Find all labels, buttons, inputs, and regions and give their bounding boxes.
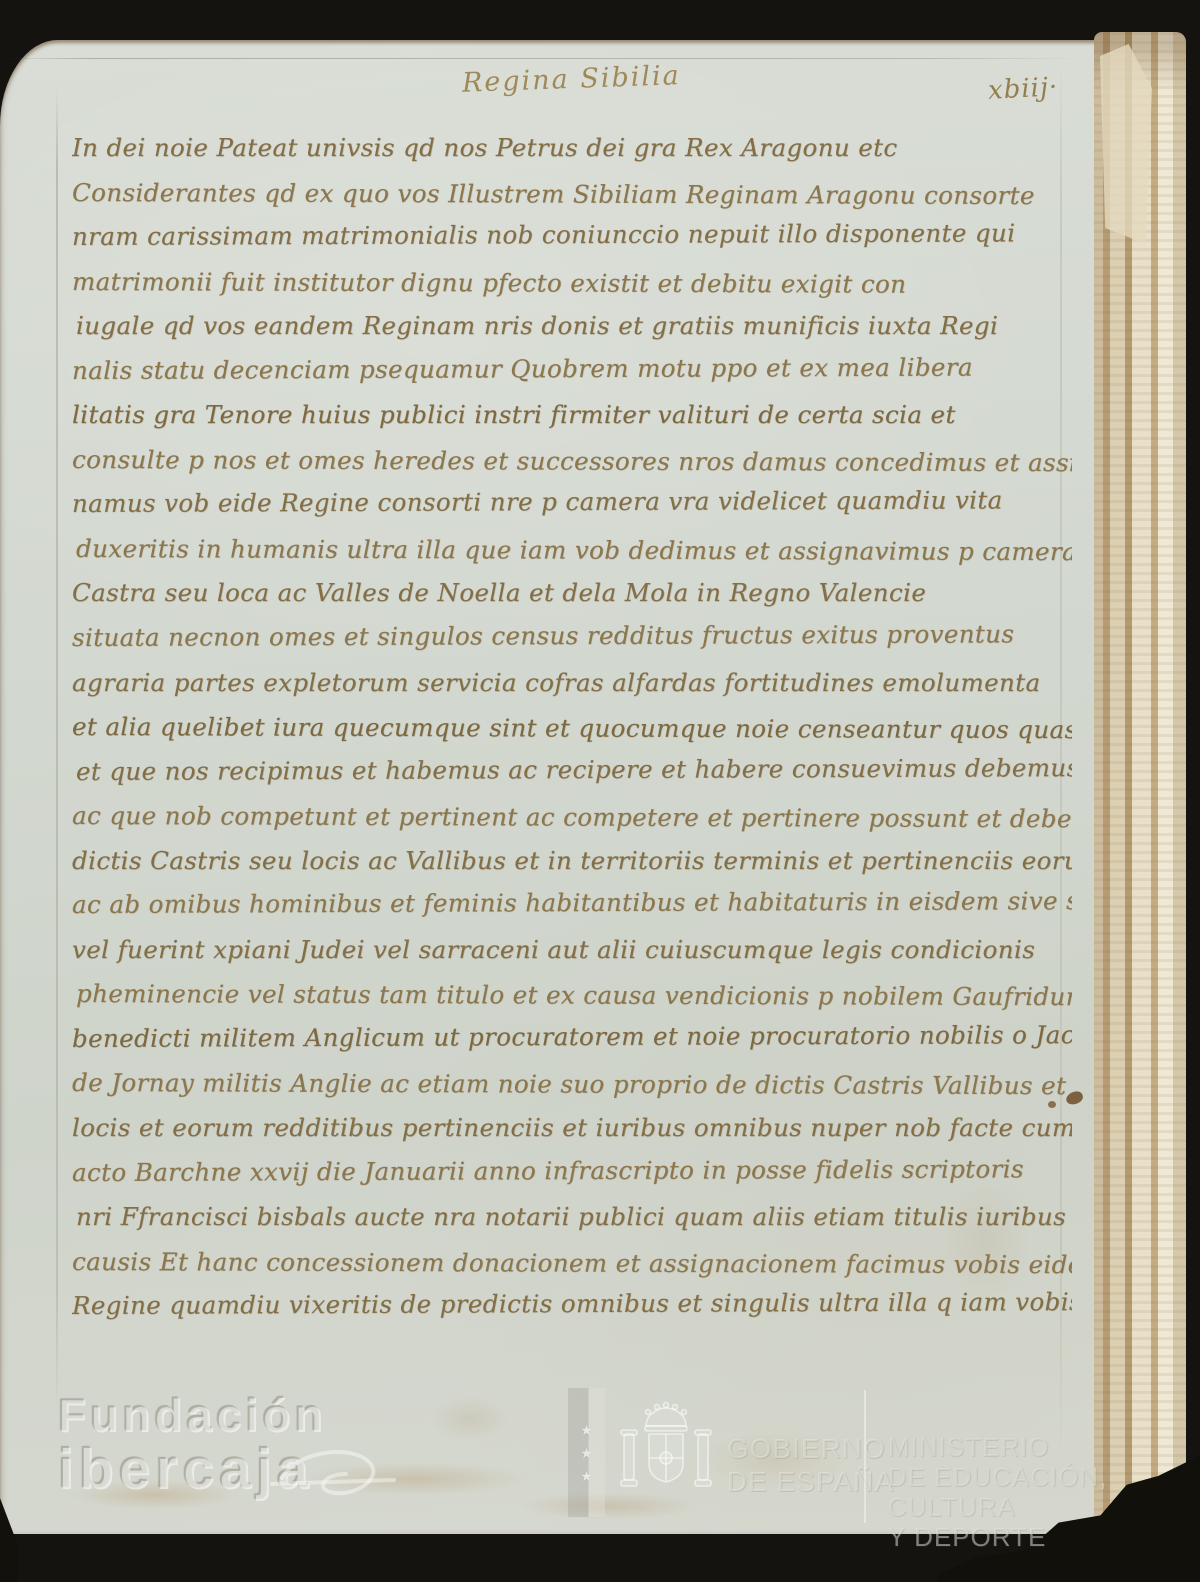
manuscript-line: de Jornay militis Anglie ac etiam noie s…	[72, 1068, 1072, 1116]
left-fold-crease	[56, 86, 58, 1416]
folio-number: xbiij·	[987, 72, 1059, 106]
manuscript-line: duxeritis in humanis ultra illa que iam …	[76, 534, 1072, 582]
turned-page-corner	[1100, 44, 1152, 244]
manuscript-line: et que nos recipimus et habemus ac recip…	[76, 753, 1072, 801]
star-icon: ★	[580, 1446, 593, 1460]
manuscript-line: namus vob eide Regine consorti nre p cam…	[72, 486, 1072, 534]
flag-star-column: ★ ★ ★	[568, 1388, 605, 1517]
manuscript-line: locis et eorum redditibus pertinenciis e…	[72, 1113, 1072, 1158]
manuscript-text-block: In dei noie Pateat univsis qd nos Petrus…	[72, 133, 1072, 1336]
manuscript-line: vel fuerint xpiani Judei vel sarraceni a…	[72, 935, 1072, 980]
star-icon: ★	[580, 1469, 593, 1483]
manuscript-line: nri Ffrancisci bisbals aucte nra notarii…	[76, 1202, 1072, 1247]
spain-coat-of-arms-icon	[616, 1400, 716, 1504]
ibercaja-squiggle-icon	[268, 1440, 400, 1508]
scanned-manuscript-view: Regina Sibilia xbiij· In dei noie Pateat…	[0, 0, 1200, 1582]
star-icon: ★	[580, 1423, 593, 1437]
manuscript-line: Castra seu loca ac Valles de Noella et d…	[72, 578, 1072, 623]
book-fore-edge	[1094, 32, 1186, 1534]
page-top-crease	[4, 58, 1084, 59]
manuscript-line: matrimonii fuit institutor dignu pfecto …	[72, 267, 1072, 315]
manuscript-line: nram carissimam matrimonialis nob coniun…	[72, 218, 1072, 266]
manuscript-line: ac que nob competunt et pertinent ac com…	[72, 801, 1072, 849]
manuscript-line: benedicti militem Anglicum ut procurator…	[72, 1020, 1072, 1068]
manuscript-line: dictis Castris seu locis ac Vallibus et …	[72, 846, 1072, 891]
manuscript-line: In dei noie Pateat univsis qd nos Petrus…	[72, 133, 1072, 178]
manuscript-line: nalis statu decenciam psequamur Quobrem …	[72, 352, 1072, 400]
manuscript-line: Regine quamdiu vixeritis de predictis om…	[72, 1287, 1072, 1335]
manuscript-line: iugale qd vos eandem Reginam nris donis …	[76, 311, 1072, 356]
watermark-divider	[864, 1390, 866, 1523]
manuscript-line: agraria partes expletorum servicia cofra…	[72, 668, 1072, 713]
manuscript-line: et alia quelibet iura quecumque sint et …	[72, 712, 1072, 760]
manuscript-line: litatis gra Tenore huius publici instri …	[72, 400, 1072, 445]
manuscript-line: ac ab omibus hominibus et feminis habita…	[72, 886, 1072, 934]
manuscript-line: acto Barchne xxvij die Januarii anno inf…	[72, 1154, 1072, 1202]
manuscript-line: situata necnon omes et singulos census r…	[72, 619, 1072, 667]
